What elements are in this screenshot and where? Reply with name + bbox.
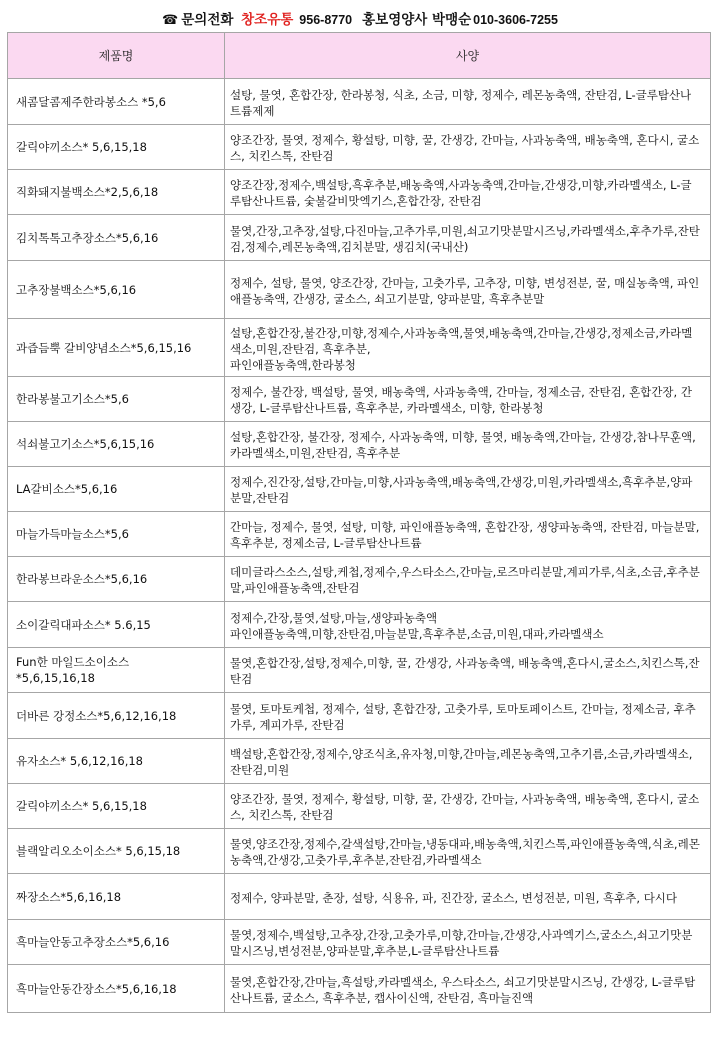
- product-name-cell: 유자소스* 5,6,12,16,18: [8, 739, 225, 784]
- phone-icon: ☎: [162, 13, 178, 28]
- table-row: 새콤달콤제주한라봉소스 *5,6설탕, 물엿, 혼합간장, 한라봉청, 식초, …: [8, 79, 711, 125]
- table-row: 유자소스* 5,6,12,16,18백설탕,혼합간장,정제수,양조식초,유자청,…: [8, 739, 711, 784]
- ingredient-list: 물엿,정제수,백설탕,고추장,간장,고춧가루,미향,간마늘,간생강,사과엑기스,…: [230, 924, 702, 959]
- product-name-cell: 짜장소스*5,6,16,18: [8, 874, 225, 920]
- specification-cell: 정제수,진간장,설탕,간마늘,미향,사과농축액,배농축액,간생강,미원,카라멜색…: [225, 467, 711, 512]
- specification-cell: 물엿, 토마토케첩, 정제수, 설탕, 혼합간장, 고춧가루, 토마토페이스트,…: [225, 693, 711, 739]
- specification-cell: 양조간장, 물엿, 정제수, 황설탕, 미향, 꿀, 간생강, 간마늘, 사과농…: [225, 784, 711, 829]
- table-row: 직화돼지불백소스*2,5,6,18양조간장,정제수,백설탕,흑후추분,배농축액,…: [8, 170, 711, 215]
- ingredient-list: 양조간장,정제수,백설탕,흑후추분,배농축액,사과농축액,간마늘,간생강,미향,…: [230, 174, 702, 209]
- specification-cell: 정제수,간장,물엿,설탕,마늘,생양파농축액 파인애플농축액,미향,잔탄검,마늘…: [225, 602, 711, 648]
- specification-cell: 간마늘, 정제수, 물엿, 설탕, 미향, 파인애플농축액, 혼합간장, 생양파…: [225, 512, 711, 557]
- specification-cell: 백설탕,혼합간장,정제수,양조식초,유자청,미향,간마늘,레몬농축액,고추기름,…: [225, 739, 711, 784]
- specification-cell: 설탕, 물엿, 혼합간장, 한라봉청, 식초, 소금, 미향, 정제수, 레몬농…: [225, 79, 711, 125]
- specification-cell: 설탕,혼합간장,불간장,미향,정제수,사과농축액,물엿,배농축액,간마늘,간생강…: [225, 319, 711, 377]
- product-name-cell: 소이갈릭대파소스* 5.6,15: [8, 602, 225, 648]
- ingredient-list: 정제수, 양파분말, 춘장, 설탕, 식용유, 파, 진간장, 굴소스, 변성전…: [230, 887, 702, 906]
- specification-cell: 물엿,정제수,백설탕,고추장,간장,고춧가루,미향,간마늘,간생강,사과엑기스,…: [225, 920, 711, 965]
- specification-cell: 양조간장,정제수,백설탕,흑후추분,배농축액,사과농축액,간마늘,간생강,미향,…: [225, 170, 711, 215]
- table-row: Fun한 마일드소이소스 *5,6,15,16,18물엿,혼합간장,설탕,정제수…: [8, 648, 711, 693]
- product-name-cell: 한라봉브라운소스*5,6,16: [8, 557, 225, 602]
- product-name-cell: 블랙알리오소이소스* 5,6,15,18: [8, 829, 225, 874]
- specification-cell: 정제수, 불간장, 백설탕, 물엿, 배농축액, 사과농축액, 간마늘, 정제소…: [225, 377, 711, 422]
- product-name-cell: 석쇠불고기소스*5,6,15,16: [8, 422, 225, 467]
- product-name-cell: 고추장불백소스*5,6,16: [8, 261, 225, 319]
- product-name-cell: 직화돼지불백소스*2,5,6,18: [8, 170, 225, 215]
- column-header-product-name: 제품명: [8, 33, 225, 79]
- product-name-cell: LA갈비소스*5,6,16: [8, 467, 225, 512]
- ingredient-list: 물엿, 토마토케첩, 정제수, 설탕, 혼합간장, 고춧가루, 토마토페이스트,…: [230, 698, 702, 733]
- ingredient-list: 물엿,혼합간장,간마늘,흑설탕,카라멜색소, 우스타소스, 쇠고기맛분말시즈닝,…: [230, 971, 702, 1006]
- specification-cell: 설탕,혼합간장, 불간장, 정제수, 사과농축액, 미향, 물엿, 배농축액,간…: [225, 422, 711, 467]
- product-name-cell: 한라봉불고기소스*5,6: [8, 377, 225, 422]
- contact-header: ☎문의전화 창조유통956-8770홍보영양사 박맹순010-3606-7255: [0, 10, 720, 31]
- inquiry-label: 문의전화: [181, 12, 233, 28]
- product-name-cell: 새콤달콤제주한라봉소스 *5,6: [8, 79, 225, 125]
- specification-cell: 물엿,간장,고추장,설탕,다진마늘,고추가루,미원,쇠고기맛분말시즈닝,카라멜색…: [225, 215, 711, 261]
- column-header-specification: 사양: [225, 33, 711, 79]
- phone-number: 956-8770: [299, 13, 352, 27]
- specification-cell: 물엿,양조간장,정제수,갈색설탕,간마늘,냉동대파,배농축액,치킨스톡,파인애플…: [225, 829, 711, 874]
- table-row: 고추장불백소스*5,6,16정제수, 설탕, 물엿, 양조간장, 간마늘, 고춧…: [8, 261, 711, 319]
- table-row: 흑마늘안동고추장소스*5,6,16물엿,정제수,백설탕,고추장,간장,고춧가루,…: [8, 920, 711, 965]
- product-name-cell: 갈릭야끼소스* 5,6,15,18: [8, 125, 225, 170]
- ingredient-list: 정제수,진간장,설탕,간마늘,미향,사과농축액,배농축액,간생강,미원,카라멜색…: [230, 471, 702, 506]
- ingredient-list: 설탕,혼합간장,불간장,미향,정제수,사과농축액,물엿,배농축액,간마늘,간생강…: [230, 322, 702, 373]
- table-row: 김치톡톡고추장소스*5,6,16물엿,간장,고추장,설탕,다진마늘,고추가루,미…: [8, 215, 711, 261]
- product-name-cell: Fun한 마일드소이소스 *5,6,15,16,18: [8, 648, 225, 693]
- table-header-row: 제품명 사양: [8, 33, 711, 79]
- ingredient-list: 정제수, 설탕, 물엿, 양조간장, 간마늘, 고춧가루, 고추장, 미향, 변…: [230, 272, 702, 307]
- specification-cell: 정제수, 양파분말, 춘장, 설탕, 식용유, 파, 진간장, 굴소스, 변성전…: [225, 874, 711, 920]
- ingredient-list: 설탕,혼합간장, 불간장, 정제수, 사과농축액, 미향, 물엿, 배농축액,간…: [230, 426, 702, 461]
- product-name-cell: 마늘가득마늘소스*5,6: [8, 512, 225, 557]
- product-name-cell: 갈릭야끼소스* 5,6,15,18: [8, 784, 225, 829]
- product-name-cell: 과즙듬뿍 갈비양념소스*5,6,15,16: [8, 319, 225, 377]
- table-row: 갈릭야끼소스* 5,6,15,18양조간장, 물엿, 정제수, 황설탕, 미향,…: [8, 784, 711, 829]
- specification-cell: 물엿,혼합간장,설탕,정제수,미향, 꿀, 간생강, 사과농축액, 배농축액,혼…: [225, 648, 711, 693]
- table-row: 과즙듬뿍 갈비양념소스*5,6,15,16설탕,혼합간장,불간장,미향,정제수,…: [8, 319, 711, 377]
- ingredient-list: 물엿,양조간장,정제수,갈색설탕,간마늘,냉동대파,배농축액,치킨스톡,파인애플…: [230, 833, 702, 868]
- brand-name: 창조유통: [241, 12, 293, 28]
- ingredient-list: 물엿,간장,고추장,설탕,다진마늘,고추가루,미원,쇠고기맛분말시즈닝,카라멜색…: [230, 220, 702, 255]
- ingredient-list: 설탕, 물엿, 혼합간장, 한라봉청, 식초, 소금, 미향, 정제수, 레몬농…: [230, 84, 702, 119]
- table-row: 블랙알리오소이소스* 5,6,15,18물엿,양조간장,정제수,갈색설탕,간마늘…: [8, 829, 711, 874]
- specification-cell: 양조간장, 물엿, 정제수, 황설탕, 미향, 꿀, 간생강, 간마늘, 사과농…: [225, 125, 711, 170]
- product-spec-table: 제품명 사양 새콤달콤제주한라봉소스 *5,6설탕, 물엿, 혼합간장, 한라봉…: [7, 32, 711, 1013]
- table-row: 갈릭야끼소스* 5,6,15,18양조간장, 물엿, 정제수, 황설탕, 미향,…: [8, 125, 711, 170]
- table-row: 마늘가득마늘소스*5,6간마늘, 정제수, 물엿, 설탕, 미향, 파인애플농축…: [8, 512, 711, 557]
- table-row: 더바른 강정소스*5,6,12,16,18물엿, 토마토케첩, 정제수, 설탕,…: [8, 693, 711, 739]
- table-row: 한라봉브라운소스*5,6,16데미글라스소스,설탕,케첩,정제수,우스타소스,간…: [8, 557, 711, 602]
- product-name-cell: 흑마늘안동간장소스*5,6,16,18: [8, 965, 225, 1013]
- table-row: 짜장소스*5,6,16,18정제수, 양파분말, 춘장, 설탕, 식용유, 파,…: [8, 874, 711, 920]
- specification-cell: 정제수, 설탕, 물엿, 양조간장, 간마늘, 고춧가루, 고추장, 미향, 변…: [225, 261, 711, 319]
- ingredient-list: 물엿,혼합간장,설탕,정제수,미향, 꿀, 간생강, 사과농축액, 배농축액,혼…: [230, 652, 702, 687]
- contact-person: 홍보영양사 박맹순: [362, 12, 471, 28]
- ingredient-list: 간마늘, 정제수, 물엿, 설탕, 미향, 파인애플농축액, 혼합간장, 생양파…: [230, 516, 702, 551]
- table-row: 소이갈릭대파소스* 5.6,15정제수,간장,물엿,설탕,마늘,생양파농축액 파…: [8, 602, 711, 648]
- ingredient-list: 정제수, 불간장, 백설탕, 물엿, 배농축액, 사과농축액, 간마늘, 정제소…: [230, 381, 702, 416]
- ingredient-list: 양조간장, 물엿, 정제수, 황설탕, 미향, 꿀, 간생강, 간마늘, 사과농…: [230, 129, 702, 164]
- specification-cell: 물엿,혼합간장,간마늘,흑설탕,카라멜색소, 우스타소스, 쇠고기맛분말시즈닝,…: [225, 965, 711, 1013]
- ingredient-list: 백설탕,혼합간장,정제수,양조식초,유자청,미향,간마늘,레몬농축액,고추기름,…: [230, 743, 702, 778]
- ingredient-list: 양조간장, 물엿, 정제수, 황설탕, 미향, 꿀, 간생강, 간마늘, 사과농…: [230, 788, 702, 823]
- table-row: 한라봉불고기소스*5,6정제수, 불간장, 백설탕, 물엿, 배농축액, 사과농…: [8, 377, 711, 422]
- table-row: LA갈비소스*5,6,16정제수,진간장,설탕,간마늘,미향,사과농축액,배농축…: [8, 467, 711, 512]
- product-name-cell: 김치톡톡고추장소스*5,6,16: [8, 215, 225, 261]
- table-row: 흑마늘안동간장소스*5,6,16,18물엿,혼합간장,간마늘,흑설탕,카라멜색소…: [8, 965, 711, 1013]
- specification-cell: 데미글라스소스,설탕,케첩,정제수,우스타소스,간마늘,로즈마리분말,계피가루,…: [225, 557, 711, 602]
- product-name-cell: 더바른 강정소스*5,6,12,16,18: [8, 693, 225, 739]
- table-row: 석쇠불고기소스*5,6,15,16설탕,혼합간장, 불간장, 정제수, 사과농축…: [8, 422, 711, 467]
- ingredient-list: 정제수,간장,물엿,설탕,마늘,생양파농축액 파인애플농축액,미향,잔탄검,마늘…: [230, 607, 702, 642]
- product-name-cell: 흑마늘안동고추장소스*5,6,16: [8, 920, 225, 965]
- ingredient-list: 데미글라스소스,설탕,케첩,정제수,우스타소스,간마늘,로즈마리분말,계피가루,…: [230, 561, 702, 596]
- mobile-number: 010-3606-7255: [473, 13, 558, 27]
